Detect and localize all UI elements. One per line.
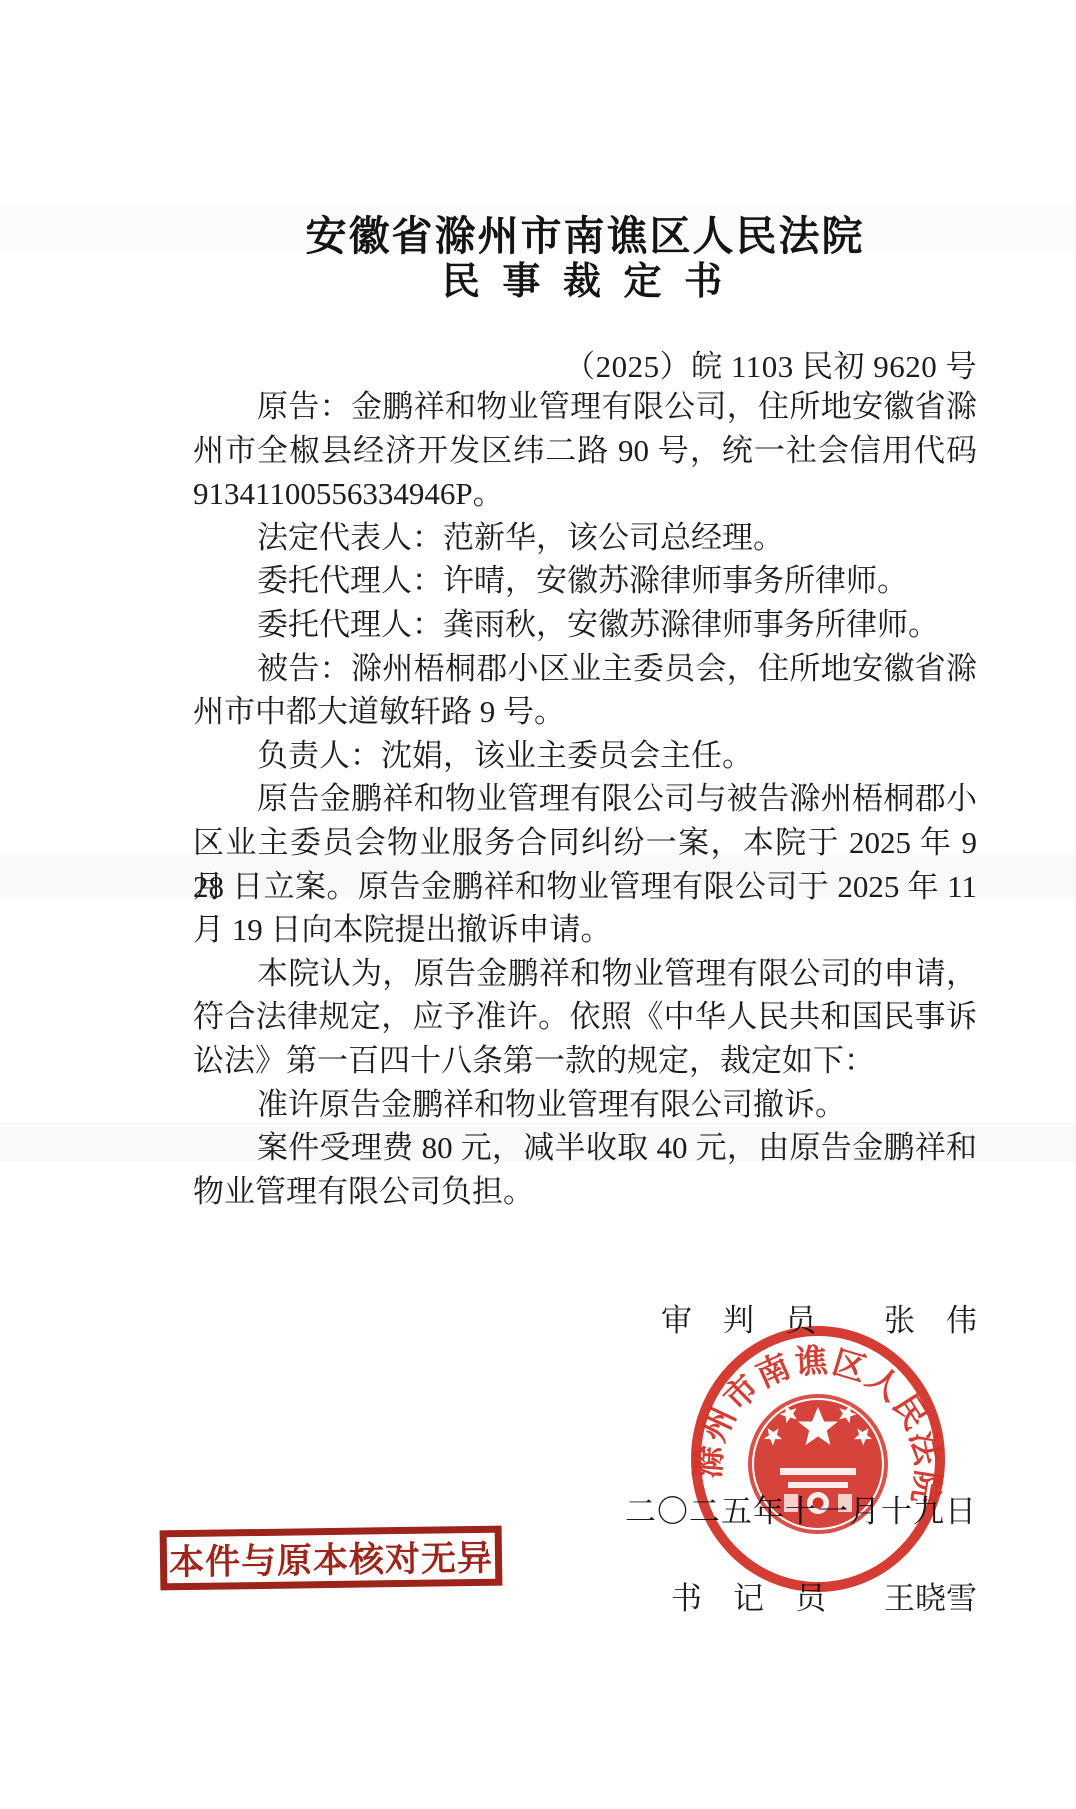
body-line: 原告：金鹏祥和物业管理有限公司，住所地安徽省滁 [193, 385, 977, 429]
body-line: 28 日立案。原告金鹏祥和物业管理有限公司于 2025 年 11 [193, 865, 977, 909]
court-ruling-document: 安徽省滁州市南谯区人民法院 民 事 裁 定 书 （2025）皖 1103 民初 … [0, 0, 1076, 1809]
body-line: 物业管理有限公司负担。 [193, 1170, 977, 1214]
body-line: 本院认为，原告金鹏祥和物业管理有限公司的申请， [193, 952, 977, 996]
body-line: 区业主委员会物业服务合同纠纷一案，本院于 2025 年 9 月 [193, 821, 977, 865]
case-number: （2025）皖 1103 民初 9620 号 [193, 341, 977, 386]
ruling-date: 二〇二五年十一月十九日 [193, 1486, 985, 1531]
svg-text:滁州市南谯区人民法院: 滁州市南谯区人民法院 [689, 1341, 947, 1506]
body-line: 案件受理费 80 元，减半收取 40 元，由原告金鹏祥和 [193, 1126, 977, 1170]
body-line: 负责人：沈娟，该业主委员会主任。 [193, 734, 977, 778]
body-line: 准许原告金鹏祥和物业管理有限公司撤诉。 [193, 1083, 977, 1127]
body-line: 州市中都大道敏轩路 9 号。 [193, 690, 977, 734]
document-type-title: 民 事 裁 定 书 [193, 250, 977, 305]
court-seal: 滁州市南谯区人民法院 [687, 1322, 949, 1596]
body-line: 原告金鹏祥和物业管理有限公司与被告滁州梧桐郡小 [193, 777, 977, 821]
body-line: 符合法律规定，应予准许。依照《中华人民共和国民事诉 [193, 995, 977, 1039]
verification-stamp-box: 本件与原本核对无异 [160, 1526, 503, 1591]
body-line: 委托代理人：许晴，安徽苏滁律师事务所律师。 [193, 559, 977, 603]
body-line: 讼法》第一百四十八条第一款的规定，裁定如下： [193, 1039, 977, 1083]
seal-graphic: 滁州市南谯区人民法院 [689, 1331, 947, 1587]
body-line: 月 19 日向本院提出撤诉申请。 [193, 908, 977, 952]
clerk-name: 王晓雪 [884, 1581, 977, 1616]
judge-label: 审 判 员 [661, 1303, 816, 1338]
body-line: 委托代理人：龚雨秋，安徽苏滁律师事务所律师。 [193, 603, 977, 647]
verification-stamp-text: 本件与原本核对无异 [169, 1531, 494, 1586]
body-line: 法定代表人：范新华，该公司总经理。 [193, 516, 977, 560]
clerk-label: 书 记 员 [671, 1581, 826, 1616]
body-line: 被告：滁州梧桐郡小区业主委员会，住所地安徽省滁 [193, 647, 977, 691]
body-line: 州市全椒县经济开发区纬二路 90 号，统一社会信用代码 [193, 429, 977, 473]
body-line: 91341100556334946P。 [193, 472, 977, 516]
document-body: 原告：金鹏祥和物业管理有限公司，住所地安徽省滁 州市全椒县经济开发区纬二路 90… [193, 385, 977, 1213]
seal-arc-text: 滁州市南谯区人民法院 [689, 1341, 947, 1506]
judge-signature-row: 审 判 员张 伟 [193, 1295, 981, 1340]
judge-name: 张 伟 [884, 1303, 977, 1338]
